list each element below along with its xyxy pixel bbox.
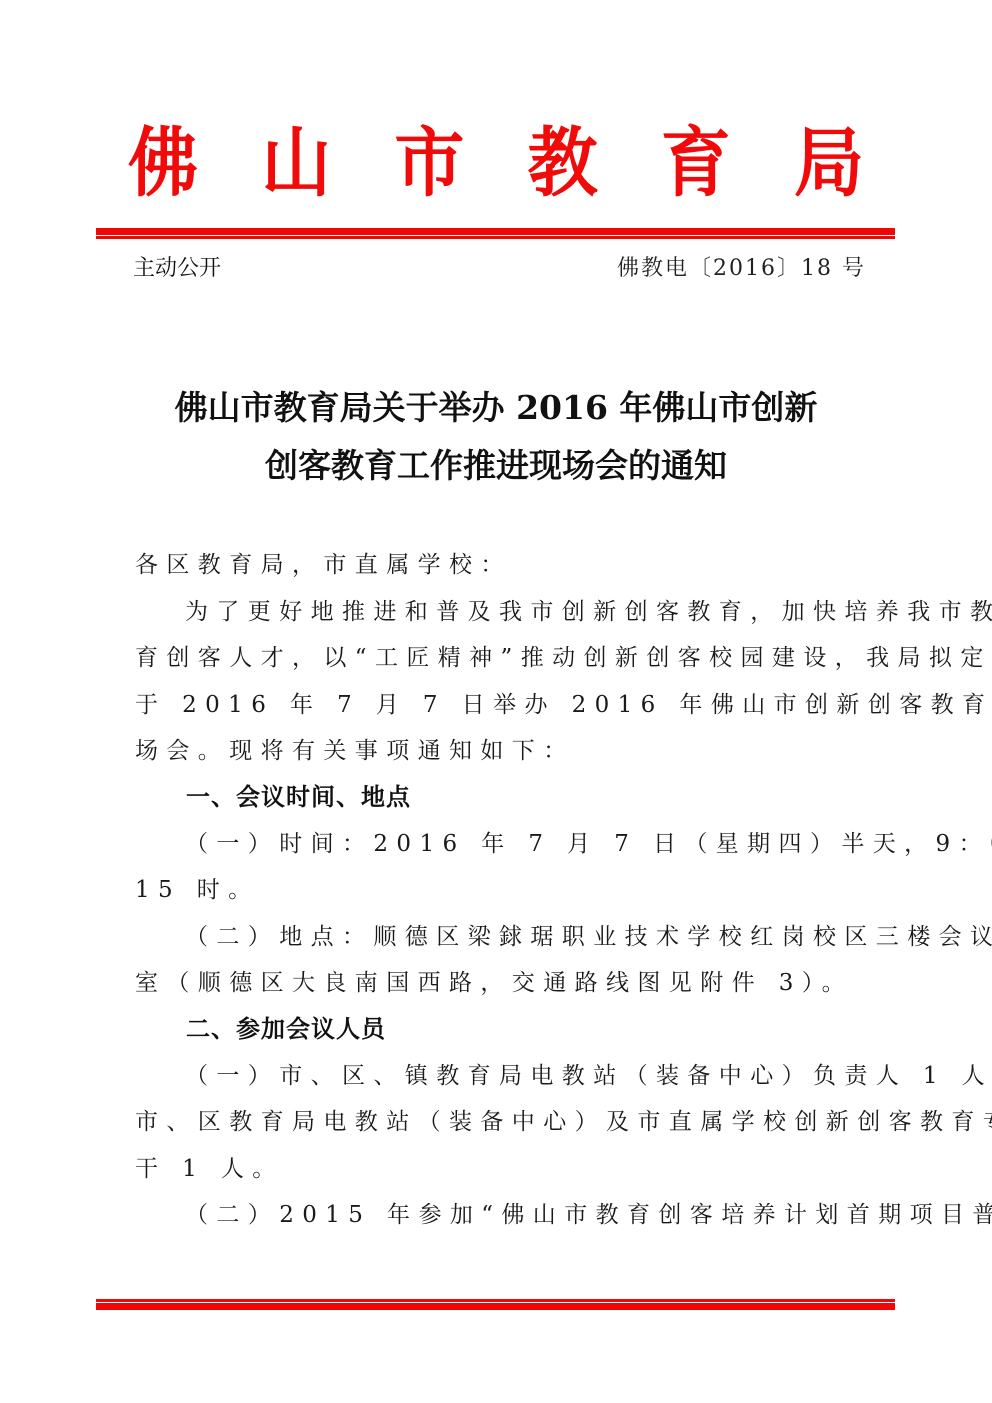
intro-line: 育创客人才，以“工匠精神”推动创新创客校园建设，我局拟定 bbox=[135, 642, 875, 674]
section-item-line: 干 1 人。 bbox=[135, 1153, 875, 1185]
document-title-line-2: 创客教育工作推进现场会的通知 bbox=[96, 436, 896, 496]
intro-line: 为了更好地推进和普及我市创新创客教育，加快培养我市教 bbox=[185, 596, 925, 628]
document-number: 佛教电〔2016〕18 号 bbox=[617, 254, 866, 284]
section-item-line: 市、区教育局电教站（装备中心）及市直属学校创新创客教育专 bbox=[135, 1106, 875, 1138]
section-item-line: （一）时间：2016 年 7 月 7 日（星期四）半天，9：00-11： bbox=[185, 828, 925, 860]
section-item-line: 室（顺德区大良南国西路，交通路线图见附件 3）。 bbox=[135, 967, 875, 999]
footer-rule-thin bbox=[96, 1299, 895, 1302]
masthead-char: 教 bbox=[528, 114, 598, 211]
disclosure-label: 主动公开 bbox=[133, 254, 221, 284]
section-item-line: （二）2015 年参加“佛山市教育创客培养计划首期项目普 bbox=[185, 1199, 925, 1231]
section-item-line: （二）地点：顺德区梁銶琚职业技术学校红岗校区三楼会议 bbox=[185, 921, 925, 953]
section-heading: 一、会议时间、地点 bbox=[186, 781, 411, 813]
masthead-char: 山 bbox=[261, 114, 331, 211]
masthead-char: 市 bbox=[394, 114, 464, 211]
header-rule-thin bbox=[96, 236, 895, 239]
intro-line: 于 2016 年 7 月 7 日举办 2016 年佛山市创新创客教育工作推进现 bbox=[135, 689, 875, 721]
salutation: 各区教育局，市直属学校： bbox=[135, 549, 875, 581]
header-rule-thick bbox=[96, 228, 895, 235]
document-title-line-1: 佛山市教育局关于举办 2016 年佛山市创新 bbox=[96, 378, 896, 438]
intro-line: 场会。现将有关事项通知如下： bbox=[135, 735, 875, 767]
footer-rule-thick bbox=[96, 1303, 895, 1310]
section-heading: 二、参加会议人员 bbox=[186, 1013, 386, 1045]
masthead-char: 育 bbox=[661, 114, 731, 211]
section-item-line: （一）市、区、镇教育局电教站（装备中心）负责人 1 人， bbox=[185, 1060, 925, 1092]
masthead-title: 佛 山 市 教 育 局 bbox=[96, 118, 896, 208]
section-item-line: 15 时。 bbox=[135, 874, 875, 906]
masthead-char: 佛 bbox=[128, 114, 198, 211]
masthead-char: 局 bbox=[794, 114, 864, 211]
